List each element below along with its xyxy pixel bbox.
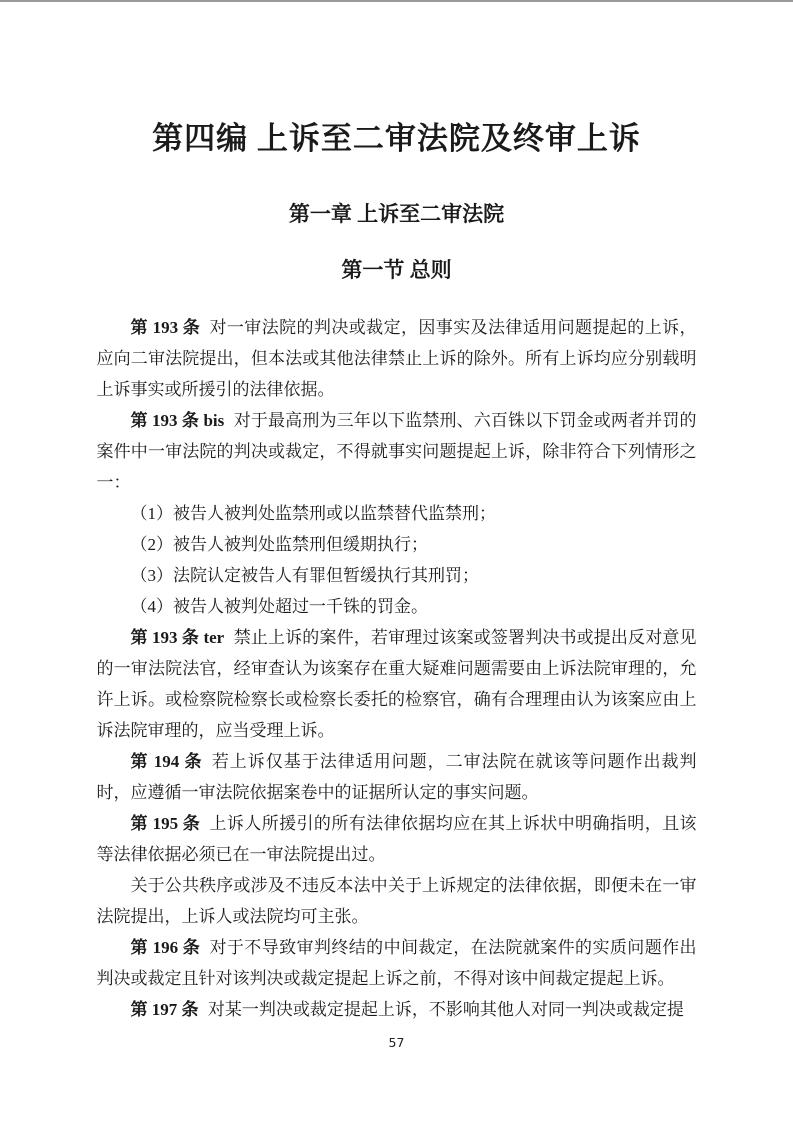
article-paragraph-193ter: 第 193 条 ter禁止上诉的案件，若审理过该案或签署判决书或提出反对意见的一… — [97, 622, 697, 746]
article-paragraph-194: 第 194 条若上诉仅基于法律适用问题，二审法院在就该等问题作出裁判时，应遵循一… — [97, 746, 697, 808]
article-text: 对某一判决或裁定提起上诉，不影响其他人对同一判决或裁定提 — [208, 1000, 684, 1019]
article-paragraph-195: 第 195 条上诉人所援引的所有法律依据均应在其上诉状中明确指明，且该等法律依据… — [97, 808, 697, 870]
chapter-title: 第一章 上诉至二审法院 — [0, 200, 793, 228]
article-paragraph-193: 第 193 条对一审法院的判决或裁定，因事实及法律适用问题提起的上诉，应向二审法… — [97, 312, 697, 405]
article-paragraph-196: 第 196 条对于不导致审判终结的中间裁定，在法院就案件的实质问题作出判决或裁定… — [97, 932, 697, 994]
list-item-2: （2）被告人被判处监禁刑但缓期执行； — [97, 529, 697, 560]
list-item-1: （1）被告人被判处监禁刑或以监禁替代监禁刑； — [97, 498, 697, 529]
document-page: 第四编 上诉至二审法院及终审上诉 第一章 上诉至二审法院 第一节 总则 第 19… — [0, 0, 793, 1122]
part-title: 第四编 上诉至二审法院及终审上诉 — [0, 118, 793, 160]
article-paragraph-public-order: 关于公共秩序或涉及不违反本法中关于上诉规定的法律依据，即便未在一审法院提出，上诉… — [97, 870, 697, 932]
article-number: 第 196 条 — [131, 938, 201, 957]
article-paragraph-193bis: 第 193 条 bis对于最高刑为三年以下监禁刑、六百铢以下罚金或两者并罚的案件… — [97, 405, 697, 498]
body-text: 第 193 条对一审法院的判决或裁定，因事实及法律适用问题提起的上诉，应向二审法… — [97, 312, 697, 1025]
page-number: 57 — [0, 1035, 793, 1050]
page-top-edge — [0, 0, 793, 2]
section-title: 第一节 总则 — [0, 256, 793, 284]
article-number: 第 193 条 ter — [131, 628, 225, 647]
article-number: 第 193 条 — [131, 318, 201, 337]
list-item-3: （3）法院认定被告人有罪但暂缓执行其刑罚； — [97, 560, 697, 591]
article-number: 第 195 条 — [131, 814, 201, 833]
article-number: 第 194 条 — [131, 752, 203, 771]
list-item-4: （4）被告人被判处超过一千铢的罚金。 — [97, 591, 697, 622]
article-number: 第 193 条 bis — [131, 411, 225, 430]
article-number: 第 197 条 — [131, 1000, 199, 1019]
article-text: 关于公共秩序或涉及不违反本法中关于上诉规定的法律依据，即便未在一审法院提出，上诉… — [97, 876, 697, 926]
article-paragraph-197: 第 197 条对某一判决或裁定提起上诉，不影响其他人对同一判决或裁定提 — [97, 994, 697, 1025]
